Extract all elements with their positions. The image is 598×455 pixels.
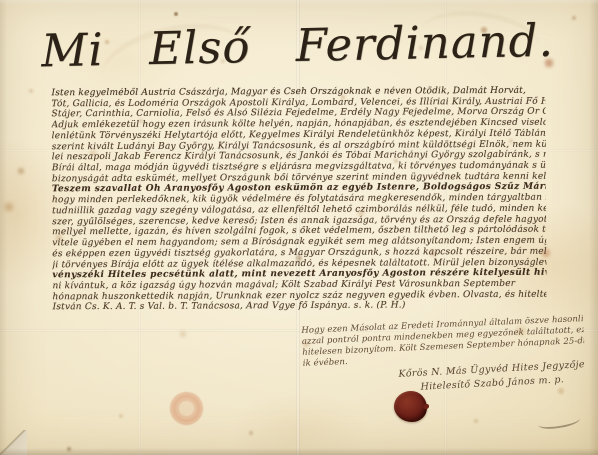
- dog-ear-corner: [0, 430, 27, 455]
- manuscript-page: Mi Első Ferdinand. Isten kegyelméből Aus…: [0, 0, 598, 455]
- manuscript-line-dateline: István Cs. K. A. T. s Val. b. T. Tanácso…: [53, 301, 448, 314]
- manuscript-body: Isten kegyelméből Austria Császárja, Mag…: [51, 86, 546, 314]
- age-spots: [0, 0, 2, 2]
- document-title: Mi Első Ferdinand.: [39, 9, 555, 84]
- faint-ink-stamp: [170, 392, 203, 425]
- signature-flourish: [537, 413, 580, 431]
- red-wax-seal: [394, 391, 427, 422]
